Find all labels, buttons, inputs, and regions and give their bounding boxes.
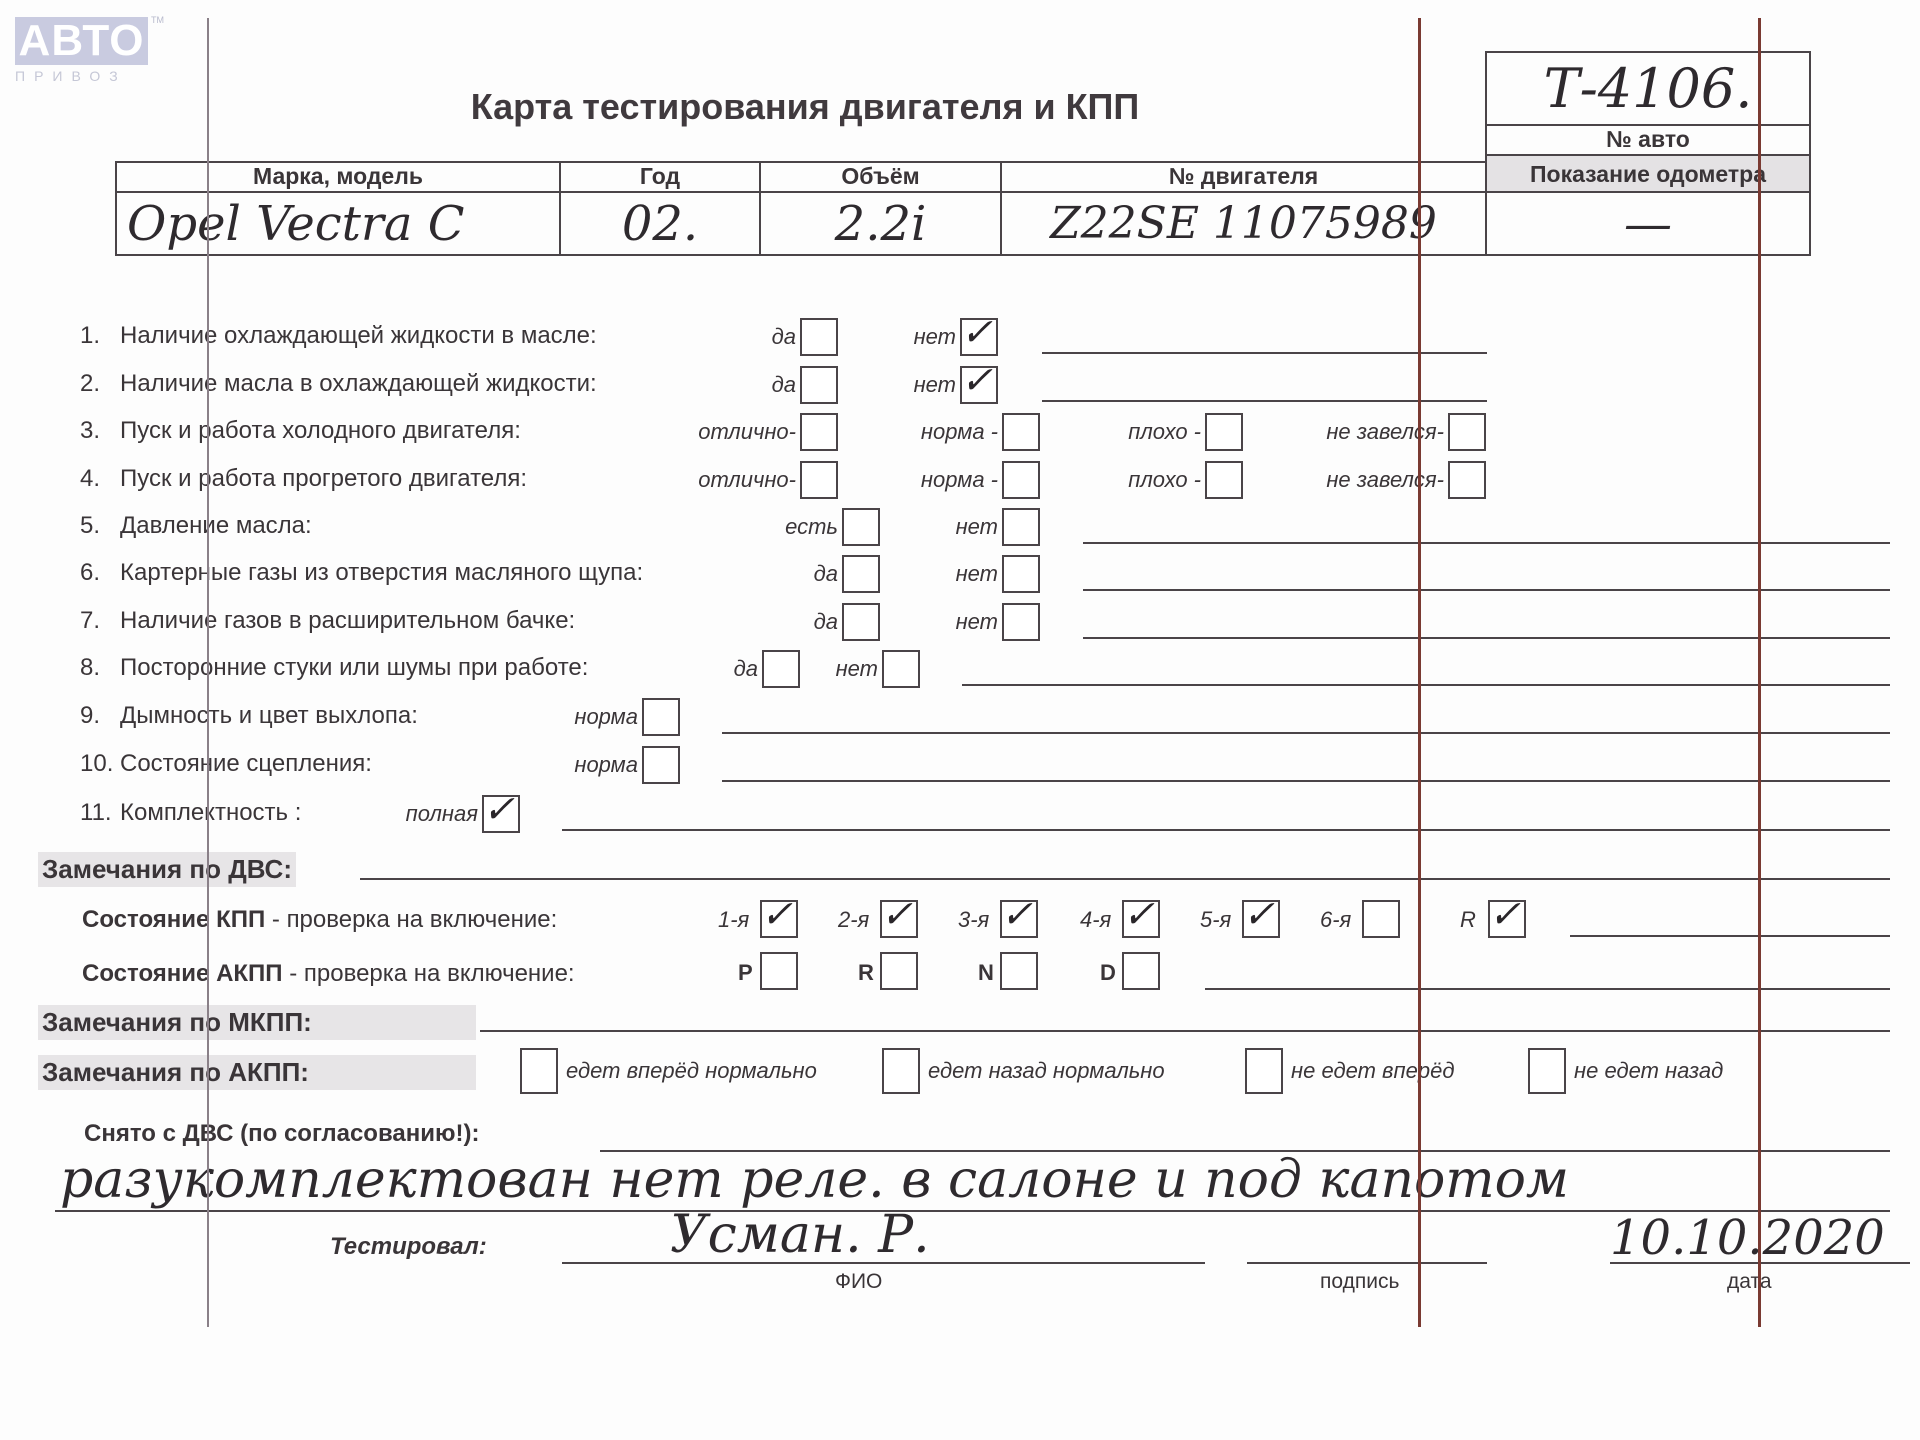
check-number: 4. <box>80 465 120 493</box>
checkbox[interactable] <box>1002 508 1040 546</box>
comment-line[interactable] <box>962 684 1890 686</box>
manual-gearbox-label: Состояние КПП - проверка на включение: <box>82 906 557 934</box>
tester-name: Усман. Р. <box>670 1205 930 1265</box>
comment-line[interactable] <box>722 780 1890 782</box>
auto-remark-label: едет назад нормально <box>928 1058 1165 1084</box>
option-label: да <box>720 561 838 587</box>
checkbox[interactable] <box>1002 413 1040 451</box>
option-label: нет <box>860 514 998 540</box>
option-label: полная <box>330 801 478 827</box>
check-label: 2.Наличие масла в охлаждающей жидкости: <box>80 370 597 398</box>
header-year: Год <box>559 161 761 193</box>
gear-checkbox[interactable] <box>760 900 798 938</box>
auto-remark-checkbox[interactable] <box>1528 1048 1566 1094</box>
auto-remark-checkbox[interactable] <box>882 1048 920 1094</box>
position-checkbox[interactable] <box>760 952 798 990</box>
checkbox[interactable] <box>1002 603 1040 641</box>
checkbox[interactable] <box>642 746 680 784</box>
comment-line[interactable] <box>722 732 1890 734</box>
option-label: да <box>660 656 758 682</box>
car-number-cell: Т-4106. <box>1485 51 1811 126</box>
comment-line[interactable] <box>1083 637 1890 639</box>
gear-label: R <box>1460 907 1476 933</box>
auto-gearbox-label-bold: Состояние АКПП <box>82 960 283 987</box>
check-label: 6.Картерные газы из отверстия масляного … <box>80 559 643 587</box>
option-label: норма <box>500 752 638 778</box>
remarks-manual-label: Замечания по МКПП: <box>38 1005 476 1040</box>
check-label: 3.Пуск и работа холодного двигателя: <box>80 417 521 445</box>
position-label: N <box>978 960 994 986</box>
remarks-manual-line[interactable] <box>480 1030 1890 1032</box>
tester-name-line[interactable] <box>562 1262 1205 1264</box>
option-label: нет <box>830 324 956 350</box>
position-label: D <box>1100 960 1116 986</box>
engine-number-value: Z22SE 11075989 <box>1000 191 1487 256</box>
gear-label: 4-я <box>1080 907 1111 933</box>
auto-remark-checkbox[interactable] <box>1245 1048 1283 1094</box>
check-number: 7. <box>80 607 120 635</box>
remarks-auto-label: Замечания по АКПП: <box>38 1055 476 1090</box>
check-number: 1. <box>80 322 120 350</box>
check-label: 8.Посторонние стуки или шумы при работе: <box>80 654 588 682</box>
option-label: отлично- <box>600 467 796 493</box>
odometer-value: — <box>1485 191 1811 256</box>
removed-label: Снято с ДВС (по согласованию!): <box>84 1120 479 1148</box>
caption-date: дата <box>1727 1270 1772 1294</box>
check-label: 10.Состояние сцепления: <box>80 750 372 778</box>
option-label: да <box>660 372 796 398</box>
check-label: 5.Давление масла: <box>80 512 312 540</box>
check-label: 4.Пуск и работа прогретого двигателя: <box>80 465 527 493</box>
check-text: Пуск и работа холодного двигателя: <box>120 417 521 444</box>
option-label: да <box>660 324 796 350</box>
option-label: нет <box>830 372 956 398</box>
gear-checkbox[interactable] <box>1242 900 1280 938</box>
auto-remark-label: не едет назад <box>1574 1058 1723 1084</box>
comment-line[interactable] <box>562 829 1890 831</box>
check-text: Комплектность : <box>120 799 301 826</box>
checkbox[interactable] <box>1002 461 1040 499</box>
manual-gearbox-label-bold: Состояние КПП <box>82 906 265 933</box>
check-label: 9.Дымность и цвет выхлопа: <box>80 702 418 730</box>
check-number: 6. <box>80 559 120 587</box>
caption-signature: подпись <box>1320 1270 1399 1294</box>
manual-gearbox-label-rest: - проверка на включение: <box>265 906 557 933</box>
volume-value: 2.2i <box>759 191 1002 256</box>
gear-checkbox[interactable] <box>1362 900 1400 938</box>
scan-line-gray <box>207 18 209 1327</box>
check-text: Картерные газы из отверстия масляного щу… <box>120 559 643 586</box>
comment-line[interactable] <box>1083 542 1890 544</box>
gear-label: 1-я <box>718 907 749 933</box>
checkbox[interactable] <box>642 698 680 736</box>
tester-date: 10.10.2020 <box>1610 1210 1885 1266</box>
remarks-engine-label: Замечания по ДВС: <box>38 852 296 887</box>
position-checkbox[interactable] <box>880 952 918 990</box>
checkbox[interactable] <box>1002 555 1040 593</box>
option-label: отлично- <box>600 419 796 445</box>
option-label: не завелся- <box>1230 467 1444 493</box>
logo: АВТО <box>15 17 148 65</box>
check-text: Давление масла: <box>120 512 312 539</box>
auto-gearbox-label: Состояние АКПП - проверка на включение: <box>82 960 575 988</box>
check-text: Дымность и цвет выхлопа: <box>120 702 418 729</box>
model-value: Opel Vectra C <box>115 191 561 256</box>
check-text: Наличие газов в расширительном бачке: <box>120 607 575 634</box>
remarks-engine-line[interactable] <box>360 878 1890 880</box>
position-label: P <box>738 960 753 986</box>
auto-remark-checkbox[interactable] <box>520 1048 558 1094</box>
check-number: 5. <box>80 512 120 540</box>
checkbox[interactable] <box>1448 461 1486 499</box>
gear-label: 5-я <box>1200 907 1231 933</box>
logo-tm: TM <box>151 15 164 25</box>
check-text: Наличие масла в охлаждающей жидкости: <box>120 370 597 397</box>
checkbox[interactable] <box>960 318 998 356</box>
check-number: 8. <box>80 654 120 682</box>
check-label: 1.Наличие охлаждающей жидкости в масле: <box>80 322 597 350</box>
gear-label: 3-я <box>958 907 989 933</box>
tester-label: Тестировал: <box>330 1233 487 1261</box>
removed-handwritten: разукомплектован нет реле. в салоне и по… <box>60 1150 1920 1210</box>
check-number: 9. <box>80 702 120 730</box>
check-text: Состояние сцепления: <box>120 750 372 777</box>
check-number: 10. <box>80 750 120 778</box>
gear-checkbox[interactable] <box>1122 900 1160 938</box>
check-number: 11. <box>80 799 120 827</box>
gear-checkbox[interactable] <box>880 900 918 938</box>
option-label: плохо - <box>1040 467 1201 493</box>
auto-remark-label: не едет вперёд <box>1291 1058 1455 1084</box>
car-number-label: № авто <box>1485 124 1811 156</box>
auto-gearbox-label-rest: - проверка на включение: <box>283 960 575 987</box>
caption-name: ФИО <box>835 1270 882 1294</box>
header-model: Марка, модель <box>115 161 561 193</box>
check-text: Пуск и работа прогретого двигателя: <box>120 465 527 492</box>
option-label: норма <box>500 704 638 730</box>
logo-subtitle: ПРИВОЗ <box>15 68 148 84</box>
option-label: норма - <box>830 467 998 493</box>
option-label: норма - <box>830 419 998 445</box>
tester-signature-line[interactable] <box>1247 1262 1487 1264</box>
auto-remark-label: едет вперёд нормально <box>566 1058 817 1084</box>
position-label: R <box>858 960 874 986</box>
gear-label: 6-я <box>1320 907 1351 933</box>
option-label: плохо - <box>1040 419 1201 445</box>
header-engine-number: № двигателя <box>1000 161 1487 193</box>
checkbox[interactable] <box>882 650 920 688</box>
check-number: 3. <box>80 417 120 445</box>
checkbox[interactable] <box>482 795 520 833</box>
check-label: 7.Наличие газов в расширительном бачке: <box>80 607 575 635</box>
odometer-label: Показание одометра <box>1485 154 1811 193</box>
year-value: 02. <box>559 191 761 256</box>
check-text: Наличие охлаждающей жидкости в масле: <box>120 322 597 349</box>
option-label: не завелся- <box>1230 419 1444 445</box>
position-checkbox[interactable] <box>1000 952 1038 990</box>
check-label: 11.Комплектность : <box>80 799 301 827</box>
gear-checkbox[interactable] <box>1000 900 1038 938</box>
check-number: 2. <box>80 370 120 398</box>
position-checkbox[interactable] <box>1122 952 1160 990</box>
comment-line[interactable] <box>1083 589 1890 591</box>
gear-label: 2-я <box>838 907 869 933</box>
header-volume: Объём <box>759 161 1002 193</box>
option-label: есть <box>700 514 838 540</box>
checkbox[interactable] <box>1448 413 1486 451</box>
manual-gearbox-line[interactable] <box>1570 935 1890 937</box>
scan-line-red-1 <box>1418 18 1421 1327</box>
page-title: Карта тестирования двигателя и КПП <box>380 86 1230 128</box>
option-label: нет <box>760 656 878 682</box>
gear-checkbox[interactable] <box>1488 900 1526 938</box>
scan-line-red-2 <box>1758 18 1761 1327</box>
option-label: нет <box>860 561 998 587</box>
checkbox[interactable] <box>960 366 998 404</box>
check-text: Посторонние стуки или шумы при работе: <box>120 654 588 681</box>
auto-gearbox-line[interactable] <box>1205 988 1890 990</box>
option-label: да <box>720 609 838 635</box>
option-label: нет <box>860 609 998 635</box>
